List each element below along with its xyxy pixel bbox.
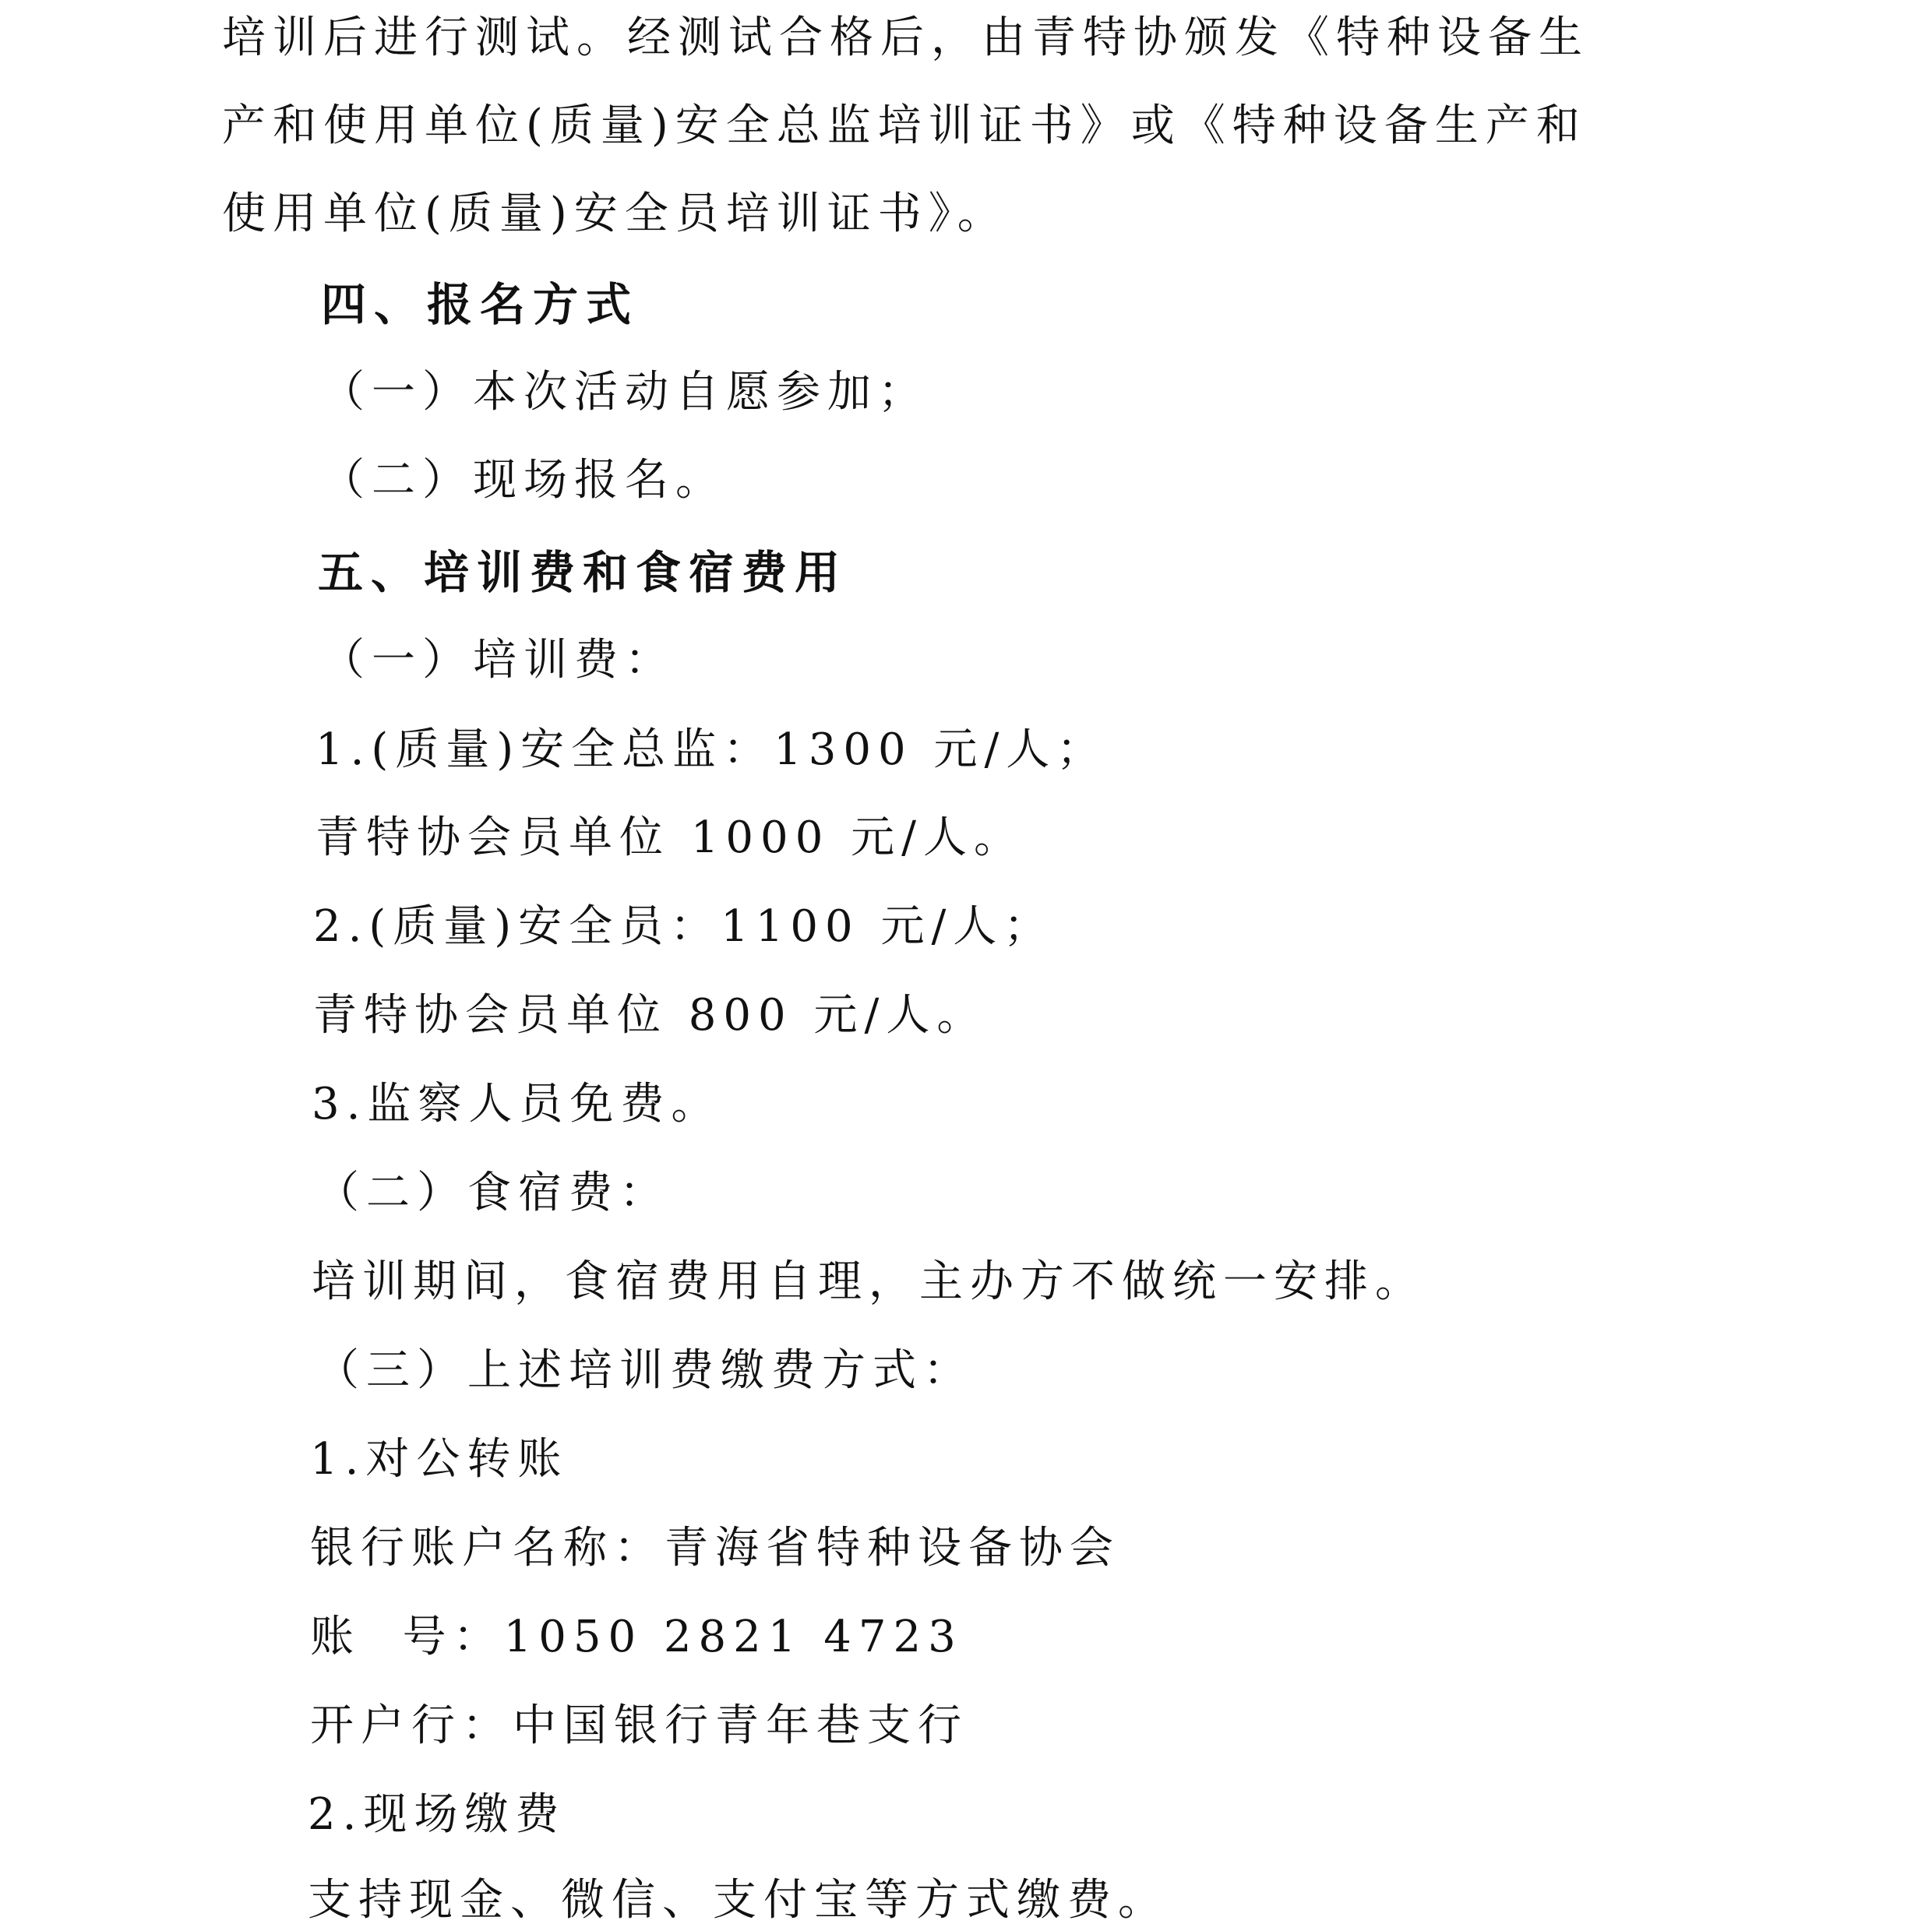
subitem-payment-methods: （三）上述培训费缴费方式： (316, 1344, 974, 1398)
bank-account-name: 银行账户名称：青海省特种设备协会 (310, 1521, 1120, 1576)
document-page: 培训后进行测试。经测试合格后，由青特协颁发《特种设备生 产和使用单位(质量)安全… (0, 0, 1932, 1924)
paragraph-line: 产和使用单位(质量)安全总监培训证书》或《特种设备生产和 (222, 99, 1587, 153)
bank-branch: 开户行：中国银行青年巷支行 (310, 1699, 968, 1753)
payment-onsite-title: 2.现场缴费 (308, 1788, 566, 1842)
payment-transfer-title: 1.对公转账 (310, 1432, 568, 1487)
paragraph-line: 使用单位(质量)安全员培训证书》。 (222, 187, 1008, 241)
subitem-onsite-registration: （二）现场报名。 (321, 453, 726, 508)
fee-safety-officer-member: 青特协会员单位 800 元/人。 (313, 988, 987, 1043)
board-lodging-note: 培训期间，食宿费用自理，主办方不做统一安排。 (312, 1255, 1426, 1309)
fee-inspectors: 3.监察人员免费。 (312, 1077, 721, 1132)
paragraph-line: 培训后进行测试。经测试合格后，由青特协颁发《特种设备生 (222, 11, 1589, 65)
subitem-training-fee: （一）培训费： (321, 633, 675, 688)
section-heading-fees: 五、培训费和食宿费用 (318, 545, 848, 600)
fee-safety-director: 1.(质量)安全总监：1300 元/人； (316, 723, 1107, 777)
subitem-voluntary: （一）本次活动自愿参加； (321, 365, 929, 420)
fee-safety-officer: 2.(质量)安全员：1100 元/人； (313, 900, 1054, 954)
section-heading-registration: 四、报名方式 (321, 277, 639, 332)
payment-onsite-methods: 支持现金、微信、支付宝等方式缴费。 (308, 1873, 1169, 1924)
subitem-board-lodging: （二）食宿费： (316, 1166, 670, 1221)
fee-safety-director-member: 青特协会员单位 1000 元/人。 (316, 811, 1024, 865)
bank-account-number: 账 号：1050 2821 4723 (310, 1610, 963, 1665)
